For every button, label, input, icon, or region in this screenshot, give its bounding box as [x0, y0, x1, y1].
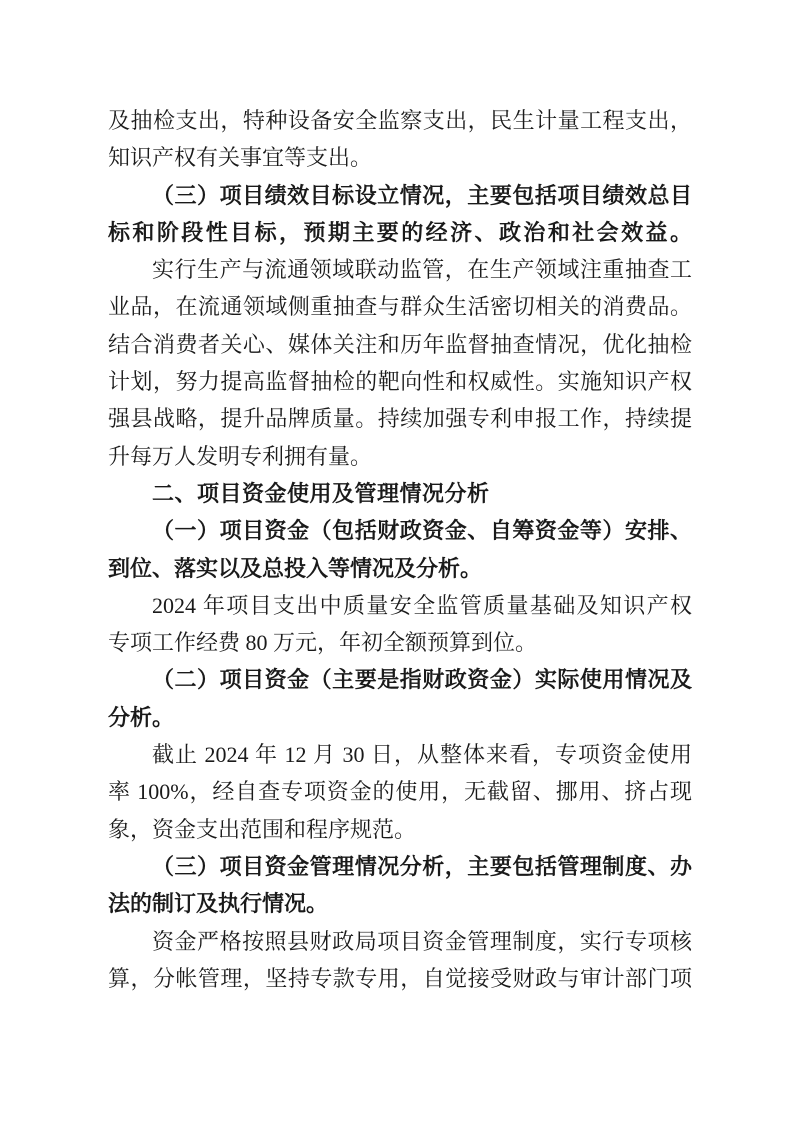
- document-line: 计划，努力提高监督抽检的靶向性和权威性。实施知识产权: [108, 363, 692, 400]
- document-line: 法的制订及执行情况。: [108, 885, 692, 922]
- document-line: 标和阶段性目标，预期主要的经济、政治和社会效益。: [108, 214, 692, 251]
- document-line: 实行生产与流通领域联动监管，在生产领域注重抽查工: [108, 251, 692, 288]
- document-line: （一）项目资金（包括财政资金、自筹资金等）安排、: [108, 512, 692, 549]
- document-line: 二、项目资金使用及管理情况分析: [108, 475, 692, 512]
- document-line: 截止 2024 年 12 月 30 日，从整体来看，专项资金使用: [108, 736, 692, 773]
- document-line: 强县战略，提升品牌质量。持续加强专利申报工作，持续提: [108, 400, 692, 437]
- document-line: 象，资金支出范围和程序规范。: [108, 811, 692, 848]
- document-line: 到位、落实以及总投入等情况及分析。: [108, 550, 692, 587]
- document-line: （二）项目资金（主要是指财政资金）实际使用情况及: [108, 661, 692, 698]
- document-line: 分析。: [108, 699, 692, 736]
- document-line: 资金严格按照县财政局项目资金管理制度，实行专项核: [108, 923, 692, 960]
- document-line: 及抽检支出，特种设备安全监察支出，民生计量工程支出，: [108, 102, 692, 139]
- document-line: 升每万人发明专利拥有量。: [108, 438, 692, 475]
- document-line: （三）项目绩效目标设立情况，主要包括项目绩效总目: [108, 177, 692, 214]
- document-line: 结合消费者关心、媒体关注和历年监督抽查情况，优化抽检: [108, 326, 692, 363]
- document-page: 及抽检支出，特种设备安全监察支出，民生计量工程支出，知识产权有关事宜等支出。（三…: [0, 0, 800, 1131]
- document-line: 率 100%，经自查专项资金的使用，无截留、挪用、挤占现: [108, 773, 692, 810]
- document-text-block: 及抽检支出，特种设备安全监察支出，民生计量工程支出，知识产权有关事宜等支出。（三…: [108, 102, 692, 997]
- document-line: 算，分帐管理，坚持专款专用，自觉接受财政与审计部门项: [108, 960, 692, 997]
- document-line: 知识产权有关事宜等支出。: [108, 139, 692, 176]
- document-line: 专项工作经费 80 万元，年初全额预算到位。: [108, 624, 692, 661]
- document-line: 业品，在流通领域侧重抽查与群众生活密切相关的消费品。: [108, 288, 692, 325]
- document-line: （三）项目资金管理情况分析，主要包括管理制度、办: [108, 848, 692, 885]
- document-line: 2024 年项目支出中质量安全监管质量基础及知识产权: [108, 587, 692, 624]
